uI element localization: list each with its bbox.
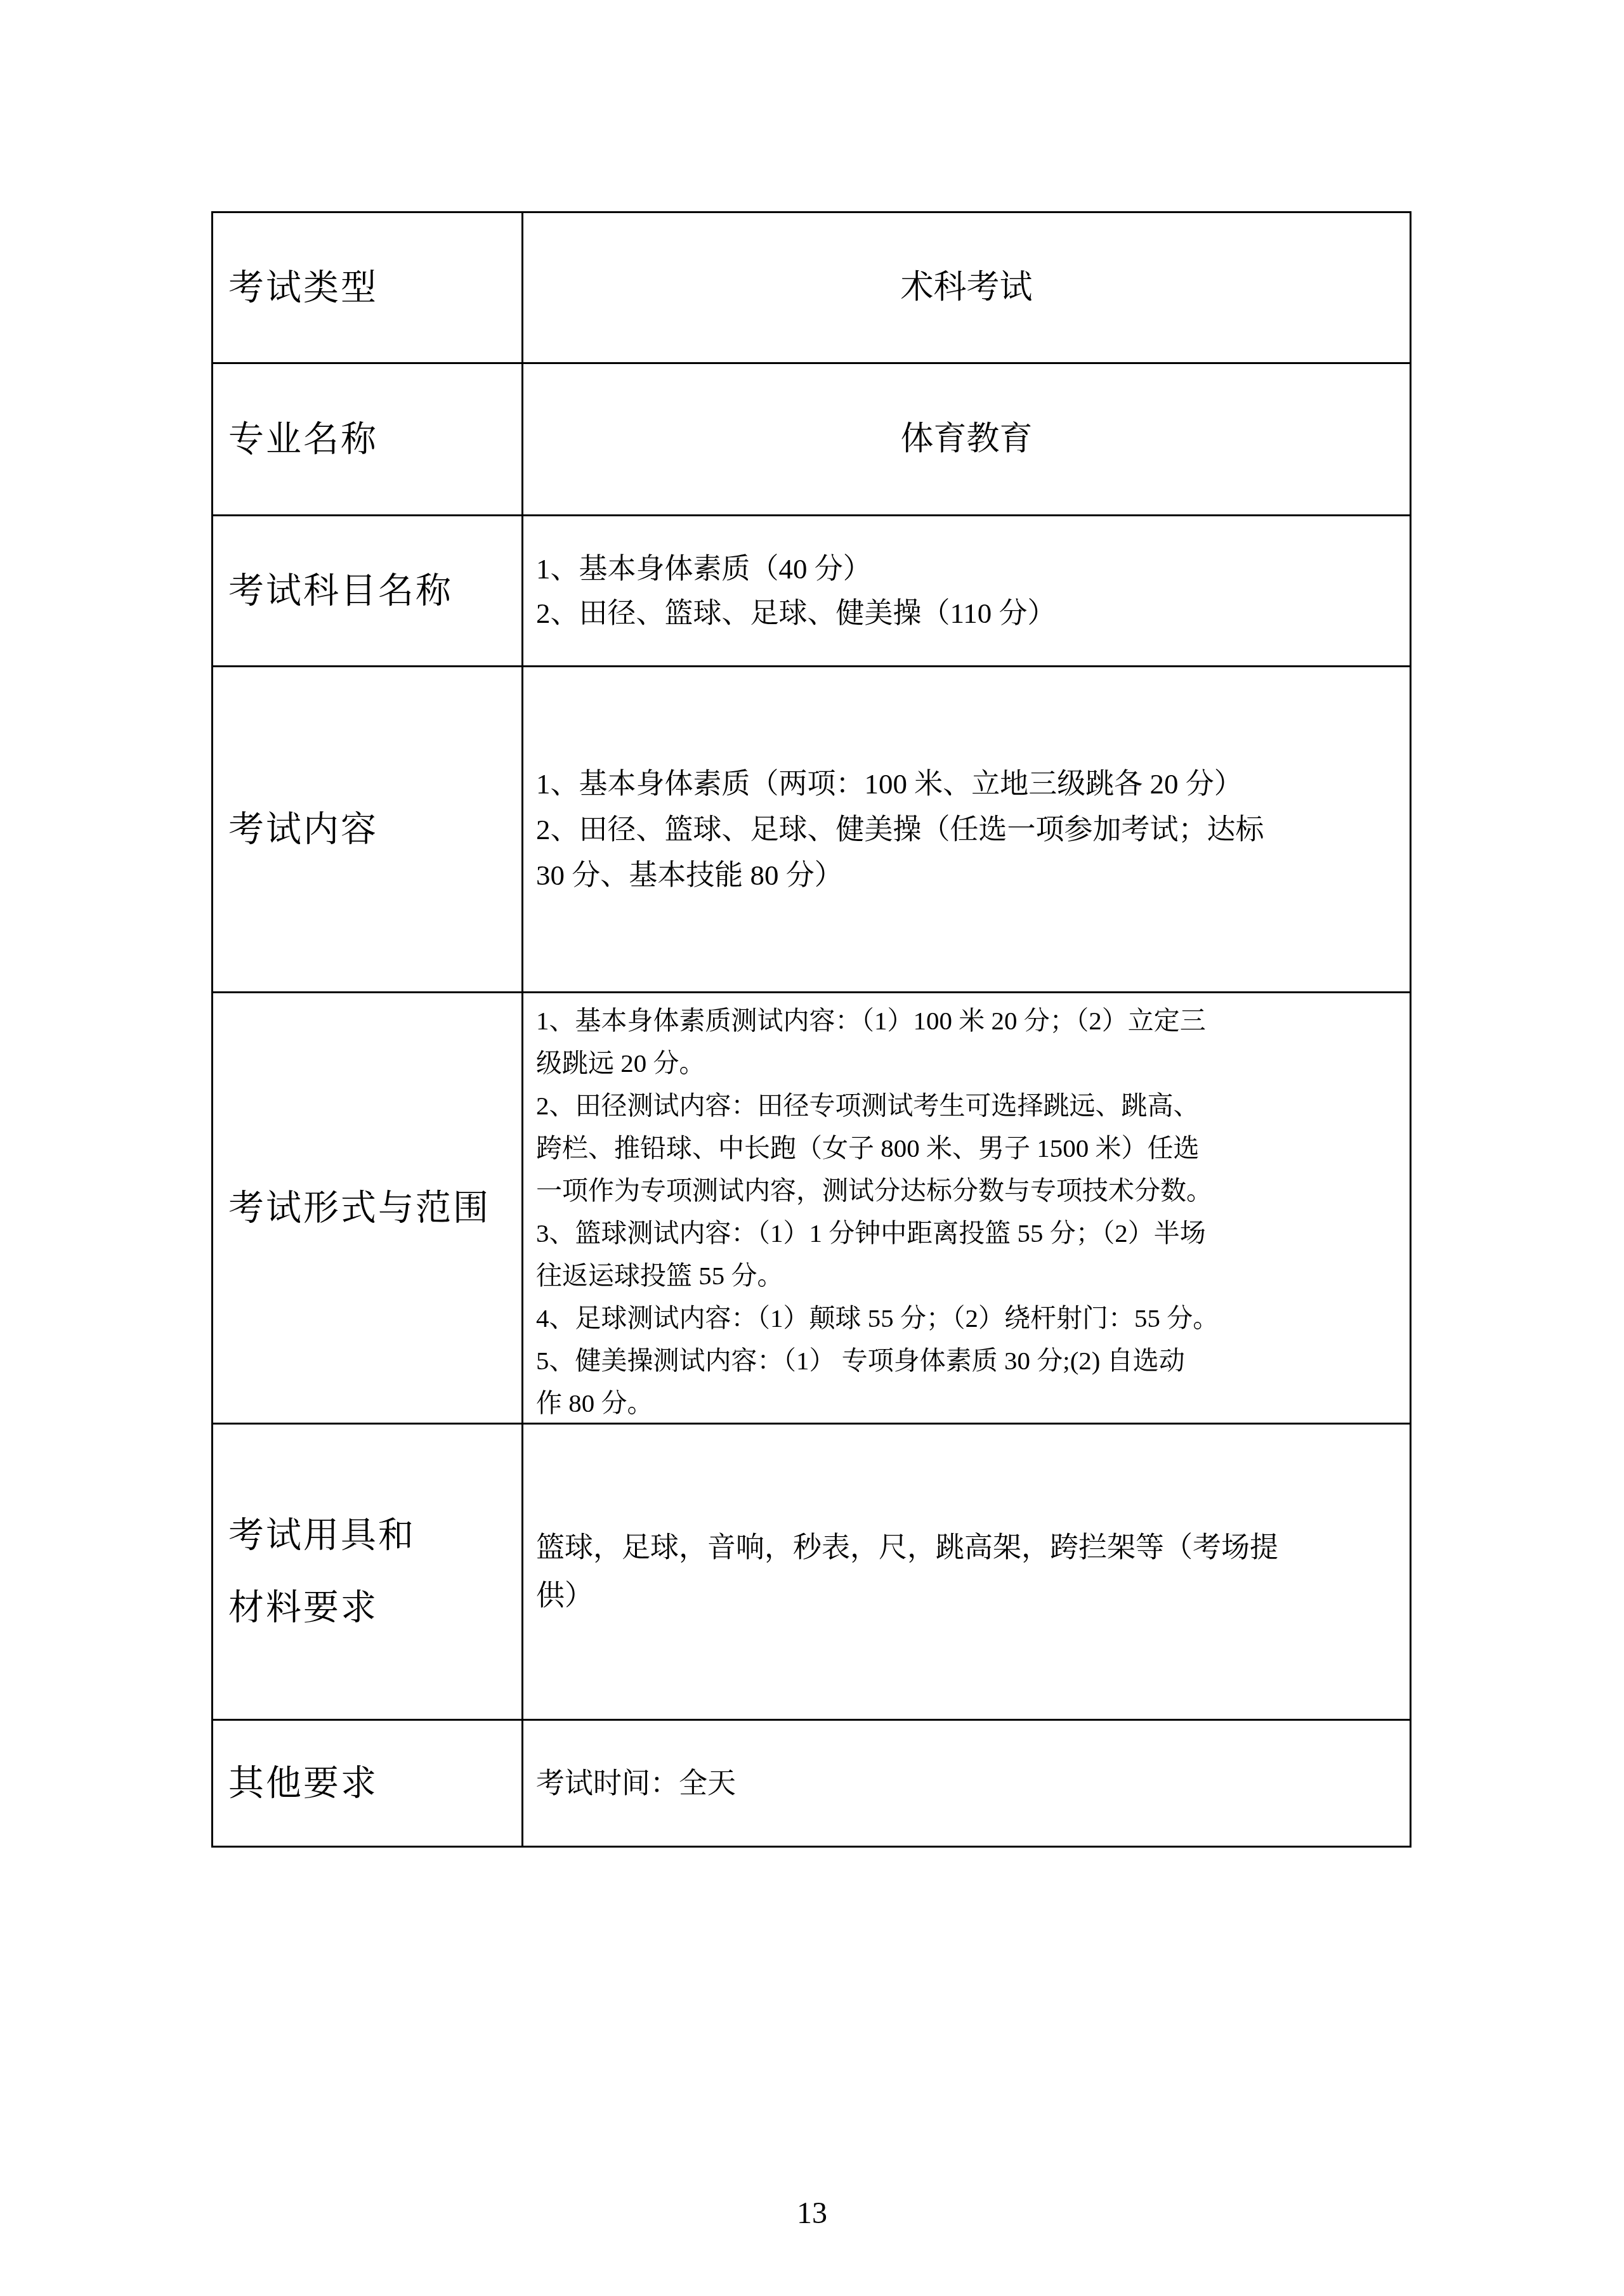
row-content-line: 2、田径测试内容：田径专项测试考生可选择跳远、跳高、 xyxy=(536,1085,1397,1127)
row-label-line: 考试科目名称 xyxy=(228,569,515,613)
row-content-other-requirements: 考试时间：全天 xyxy=(523,1721,1410,1846)
row-label-line: 材料要求 xyxy=(228,1586,515,1630)
row-content-line: 级跳远 20 分。 xyxy=(536,1042,1397,1085)
row-content-line: 5、健美操测试内容：（1） 专项身体素质 30 分;(2) 自选动 xyxy=(536,1340,1397,1382)
row-content-line: 跨栏、推铅球、中长跑（女子 800 米、男子 1500 米）任选 xyxy=(536,1127,1397,1170)
row-content-line: 1、基本身体素质测试内容：（1）100 米 20 分；（2）立定三 xyxy=(536,1000,1397,1042)
row-content-line: 4、足球测试内容：（1）颠球 55 分；（2）绕杆射门：55 分。 xyxy=(536,1297,1397,1340)
document-page: { "document": { "page_number": "13", "co… xyxy=(0,0,1624,2296)
table-row-exam-form-and-scope: 考试形式与范围1、基本身体素质测试内容：（1）100 米 20 分；（2）立定三… xyxy=(213,991,1410,1423)
row-label-line: 考试形式与范围 xyxy=(228,1186,515,1230)
row-content-line: 篮球，足球，音响，秒表，尺，跳高架，跨拦架等（考场提 xyxy=(536,1523,1397,1572)
table-row-exam-equipment-and-materials: 考试用具和材料要求篮球，足球，音响，秒表，尺，跳高架，跨拦架等（考场提供） xyxy=(213,1423,1410,1719)
row-content-line: 术科考试 xyxy=(900,266,1032,310)
row-content-exam-form-and-scope: 1、基本身体素质测试内容：（1）100 米 20 分；（2）立定三级跳远 20 … xyxy=(523,993,1410,1423)
row-content-line: 往返运球投篮 55 分。 xyxy=(536,1255,1397,1297)
table-row-other-requirements: 其他要求考试时间：全天 xyxy=(213,1719,1410,1846)
row-content-line: 1、基本身体素质（两项：100 米、立地三级跳各 20 分） xyxy=(536,761,1397,807)
row-content-line: 2、田径、篮球、足球、健美操（任选一项参加考试；达标 xyxy=(536,807,1397,852)
row-label-exam-form-and-scope: 考试形式与范围 xyxy=(213,993,523,1423)
row-label-other-requirements: 其他要求 xyxy=(213,1721,523,1846)
row-label-line: 考试类型 xyxy=(228,266,515,310)
table-row-exam-content: 考试内容1、基本身体素质（两项：100 米、立地三级跳各 20 分）2、田径、篮… xyxy=(213,665,1410,991)
row-label-line: 其他要求 xyxy=(228,1761,515,1806)
table-row-major-name: 专业名称体育教育 xyxy=(213,362,1410,514)
row-label-exam-content: 考试内容 xyxy=(213,667,523,991)
row-content-line: 体育教育 xyxy=(900,417,1032,462)
row-content-line: 30 分、基本技能 80 分） xyxy=(536,852,1397,898)
table-row-exam-type: 考试类型术科考试 xyxy=(213,213,1410,362)
row-content-major-name: 体育教育 xyxy=(523,364,1410,514)
row-content-line: 作 80 分。 xyxy=(536,1382,1397,1425)
row-label-exam-equipment-and-materials: 考试用具和材料要求 xyxy=(213,1425,523,1719)
row-content-line: 3、篮球测试内容：（1）1 分钟中距离投篮 55 分；（2）半场 xyxy=(536,1212,1397,1255)
row-content-exam-content: 1、基本身体素质（两项：100 米、立地三级跳各 20 分）2、田径、篮球、足球… xyxy=(523,667,1410,991)
row-content-line: 一项作为专项测试内容，测试分达标分数与专项技术分数。 xyxy=(536,1170,1397,1212)
row-content-line: 考试时间：全天 xyxy=(536,1761,1397,1806)
row-content-exam-type: 术科考试 xyxy=(523,213,1410,362)
row-content-exam-subject-names: 1、基本身体素质（40 分）2、田径、篮球、足球、健美操（110 分） xyxy=(523,516,1410,665)
row-label-exam-type: 考试类型 xyxy=(213,213,523,362)
row-content-exam-equipment-and-materials: 篮球，足球，音响，秒表，尺，跳高架，跨拦架等（考场提供） xyxy=(523,1425,1410,1719)
row-content-line: 供） xyxy=(536,1572,1397,1620)
row-label-line: 考试内容 xyxy=(228,807,515,852)
row-content-line: 2、田径、篮球、足球、健美操（110 分） xyxy=(536,591,1397,636)
row-label-exam-subject-names: 考试科目名称 xyxy=(213,516,523,665)
row-content-line: 1、基本身体素质（40 分） xyxy=(536,547,1397,591)
row-label-line: 专业名称 xyxy=(228,417,515,462)
row-label-line: 考试用具和 xyxy=(228,1513,515,1558)
table-row-exam-subject-names: 考试科目名称1、基本身体素质（40 分）2、田径、篮球、足球、健美操（110 分… xyxy=(213,514,1410,665)
exam-info-table: 考试类型术科考试专业名称体育教育考试科目名称1、基本身体素质（40 分）2、田径… xyxy=(211,211,1411,1848)
row-label-major-name: 专业名称 xyxy=(213,364,523,514)
page-number: 13 xyxy=(0,2196,1624,2231)
